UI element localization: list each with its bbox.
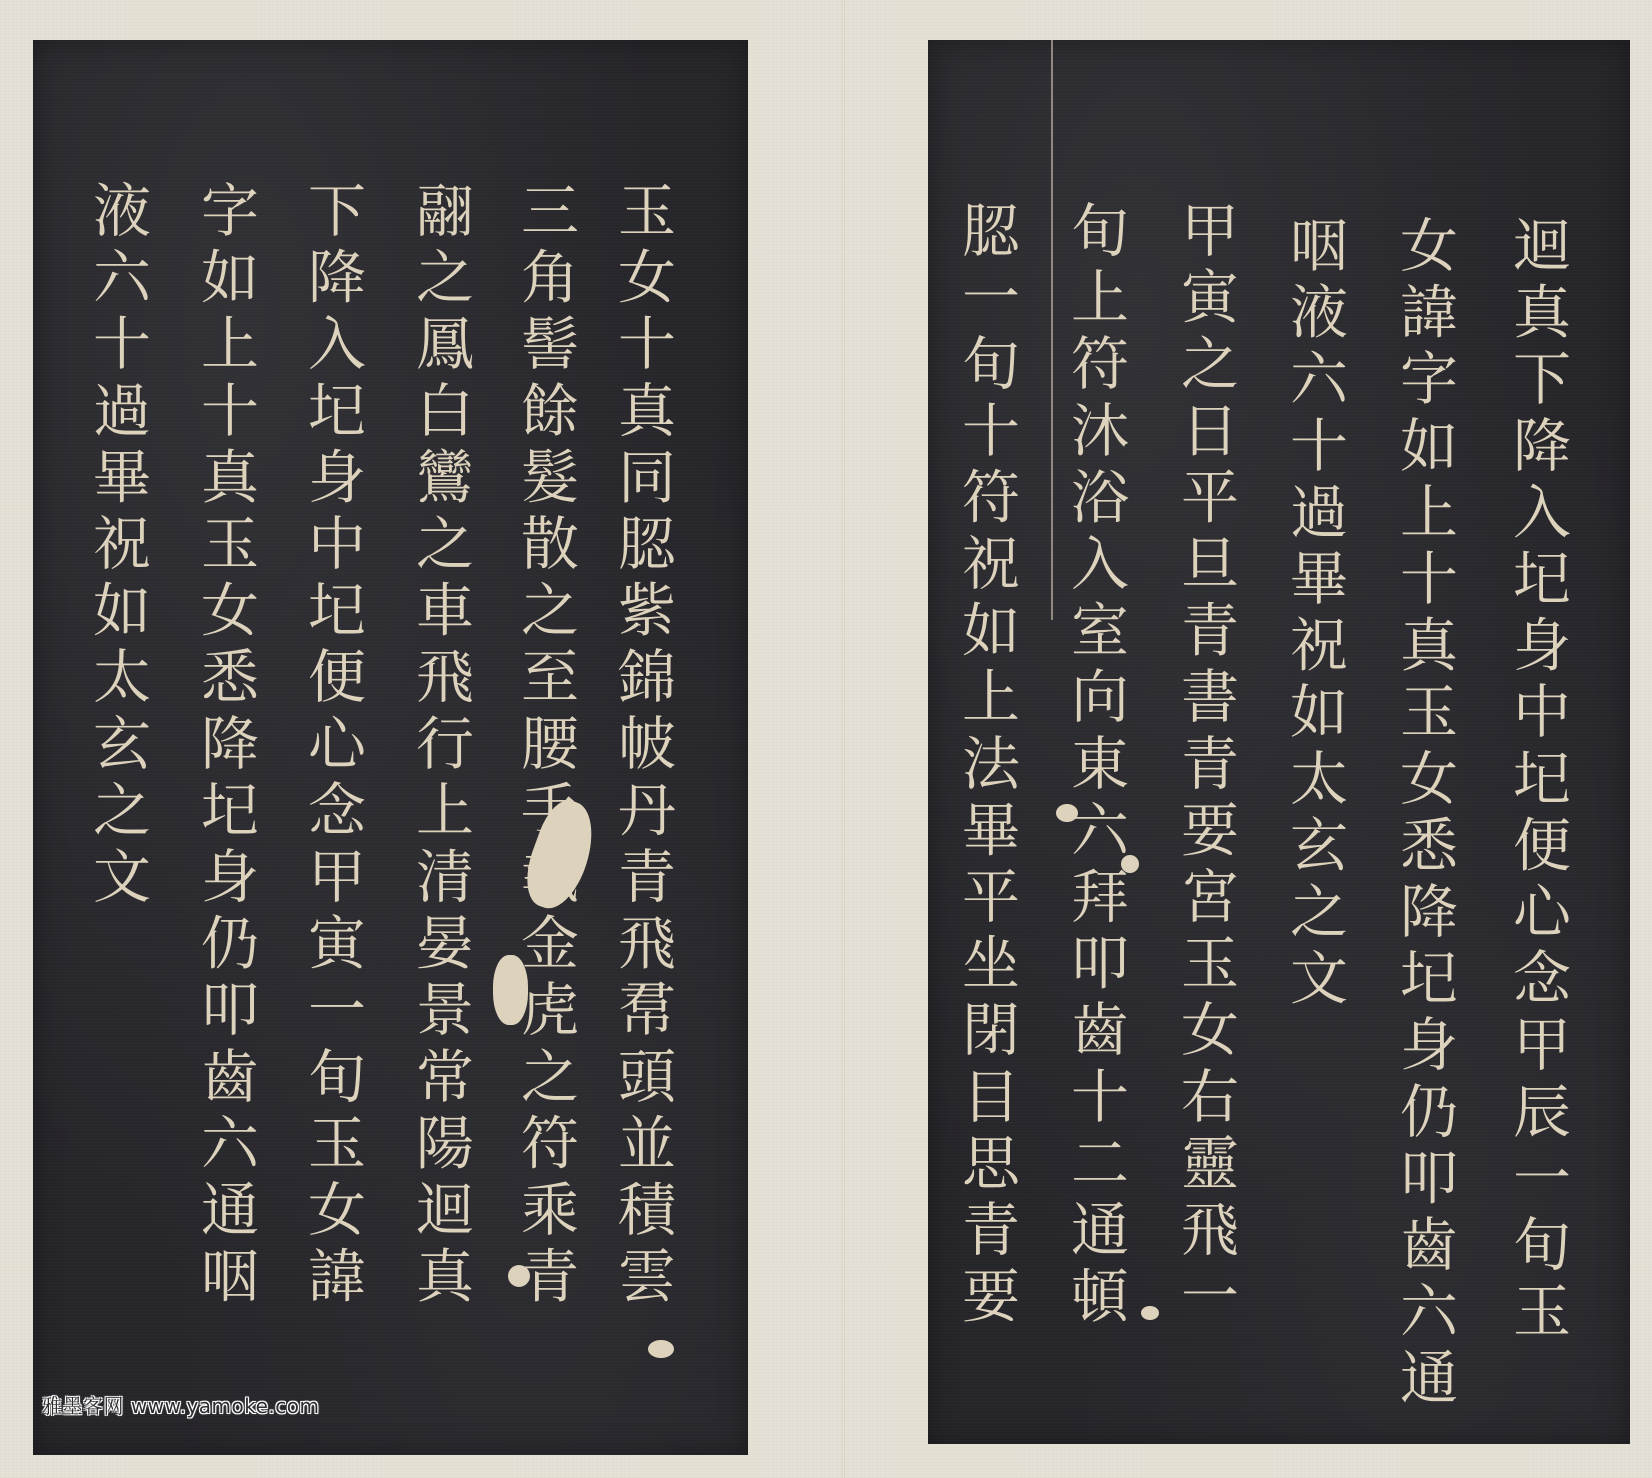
right-column-4: 甲寅之日平旦青書青要宮玉女右靈飛一	[1176, 200, 1234, 1332]
left-column-1: 玉女十真同䏰紫錦帔丹青飛帬頭並積雲	[613, 180, 671, 1312]
left-column-3: 翮之鳳白鸞之車飛行上清晏景常陽迴真	[411, 180, 469, 1312]
left-column-5: 字如上十真玉女悉降𡉏身仍叩齒六通咽	[196, 180, 254, 1312]
site-watermark: 雅墨客网 www.yamoke.com	[42, 1390, 320, 1419]
right-column-6: 䏰一旬十符祝如上法畢平坐閉目思青要	[957, 200, 1015, 1332]
right-column-3: 咽液六十過畢祝如太玄之文	[1285, 215, 1343, 1014]
paper-damage-spot	[1056, 804, 1078, 822]
right-column-5: 旬上符沐浴入室向東六拜叩齒十二通頓	[1066, 200, 1124, 1332]
left-column-2: 三角髻餘髮散之至腰手執金虎之符乘青	[516, 180, 574, 1312]
right-column-1: 迴真下降入𡉏身中𡉏便心念甲辰一旬玉	[1508, 215, 1566, 1347]
paper-damage-spot	[508, 1265, 530, 1287]
right-column-2: 女諱字如上十真玉女悉降𡉏身仍叩齒六通	[1395, 215, 1453, 1414]
paper-damage-spot	[1141, 1306, 1159, 1320]
paper-damage-stain	[493, 955, 528, 1025]
paper-damage-spot	[648, 1340, 674, 1358]
left-rubbing-page: 玉女十真同䏰紫錦帔丹青飛帬頭並積雲 三角髻餘髮散之至腰手執金虎之符乘青 翮之鳳白…	[33, 40, 748, 1455]
left-column-6: 液六十過畢祝如太玄之文	[88, 180, 146, 913]
paper-damage-spot	[1121, 855, 1139, 873]
paper-crack-line	[1051, 40, 1053, 620]
right-rubbing-page: 迴真下降入𡉏身中𡉏便心念甲辰一旬玉 女諱字如上十真玉女悉降𡉏身仍叩齒六通 咽液六…	[928, 40, 1630, 1444]
left-column-4: 下降入𡉏身中𡉏便心念甲寅一旬玉女諱	[303, 180, 361, 1312]
album-fold-seam	[842, 0, 845, 1478]
